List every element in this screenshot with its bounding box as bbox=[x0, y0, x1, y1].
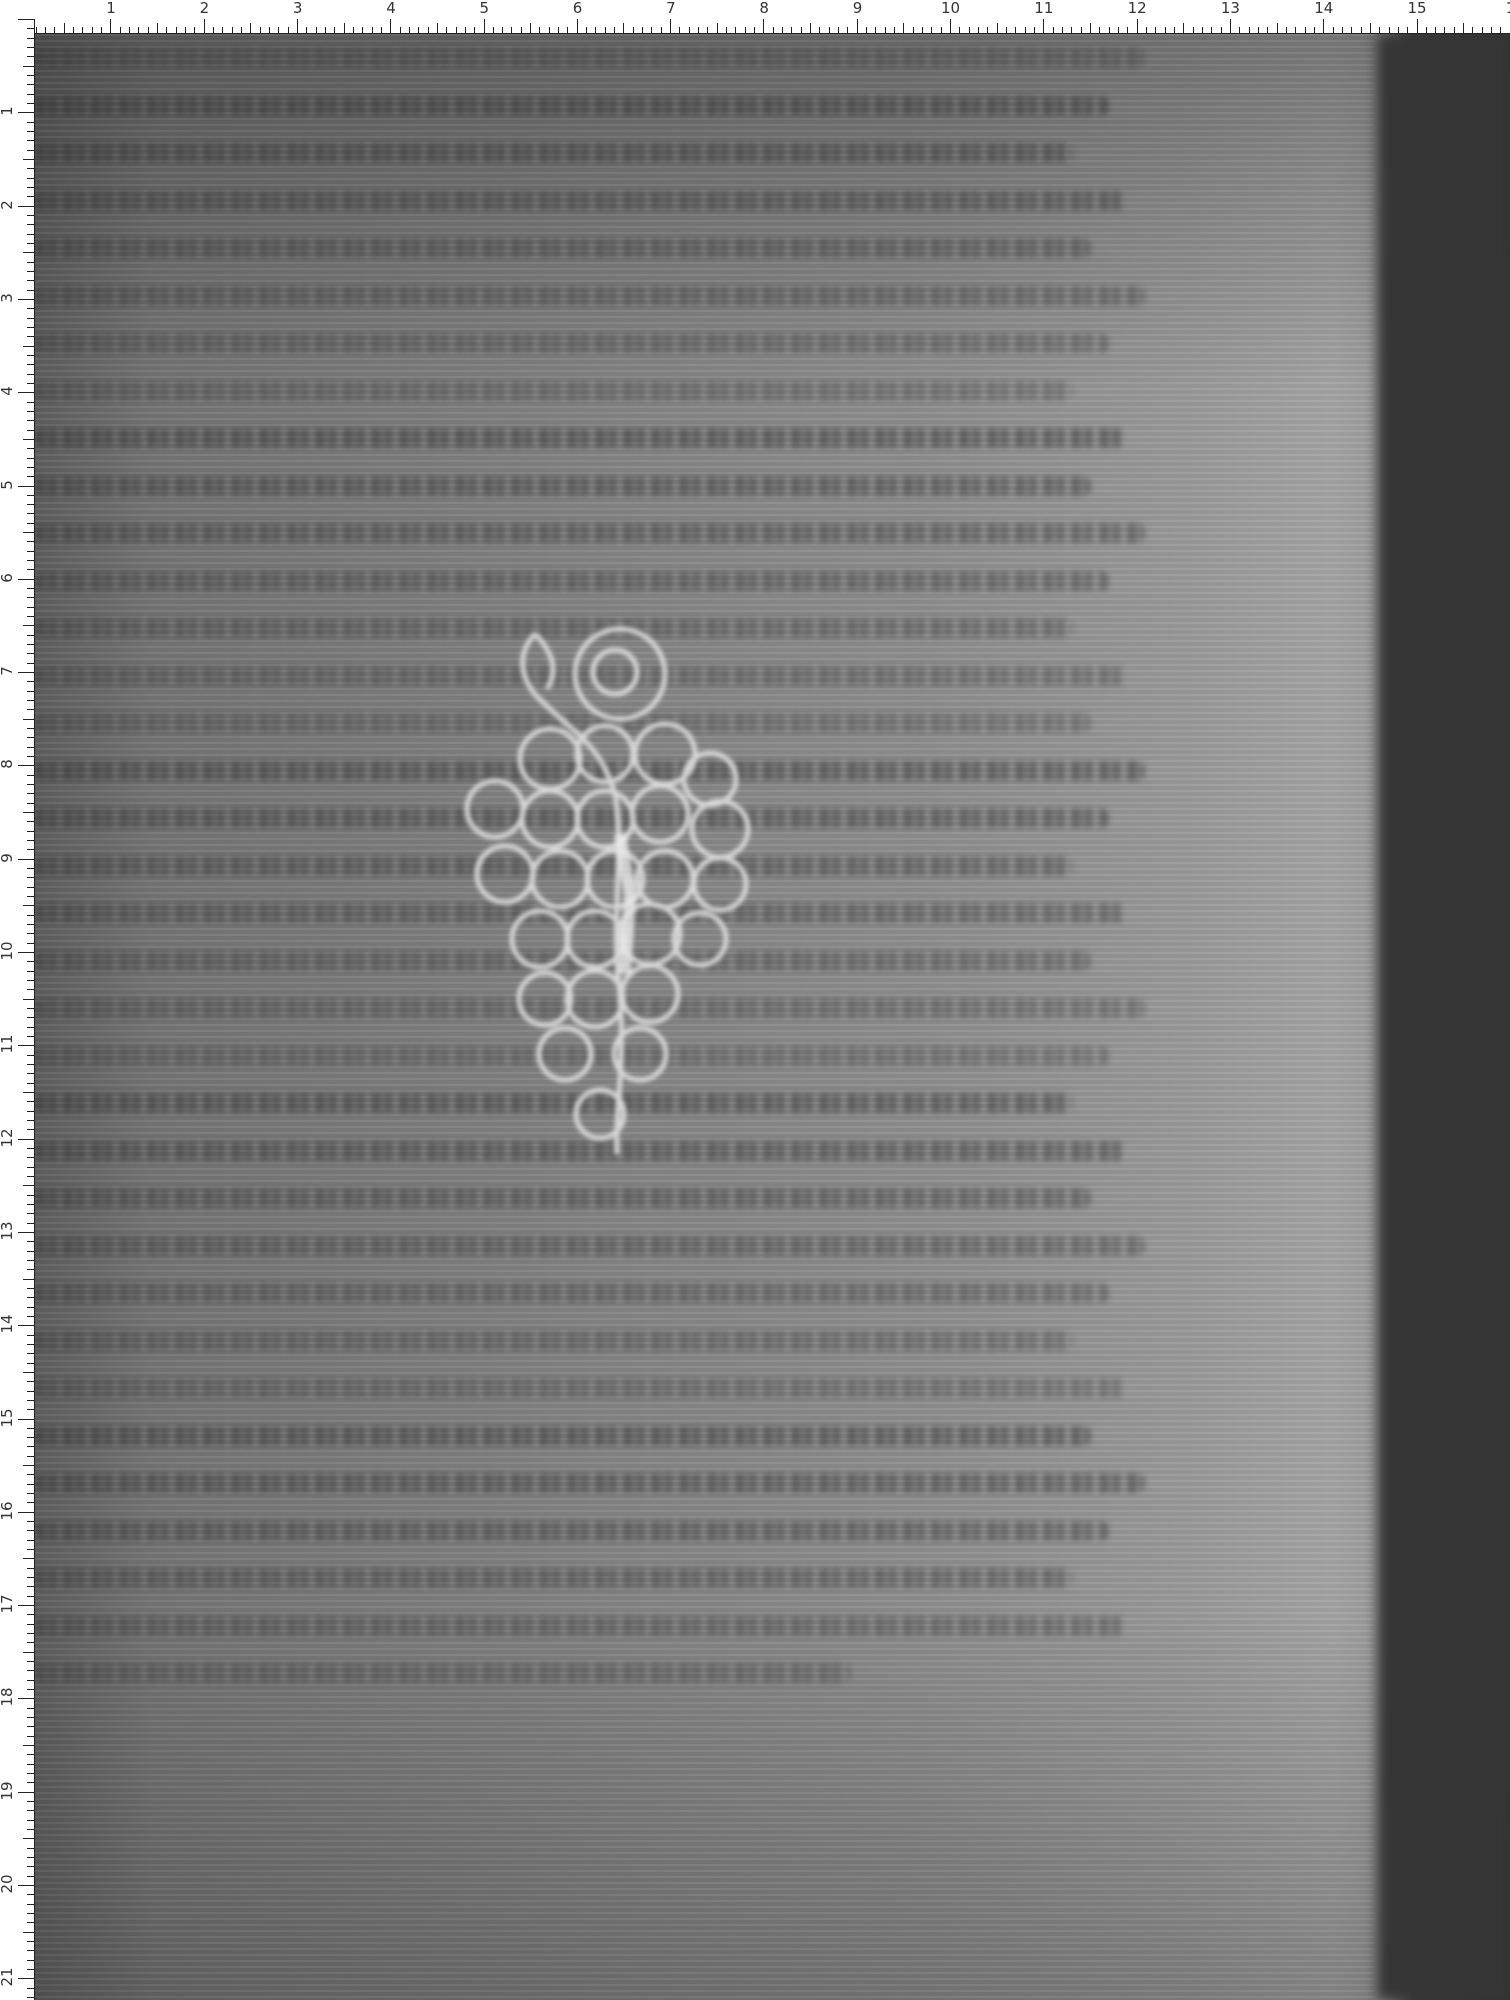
ruler-tick bbox=[138, 27, 139, 33]
ruler-tick bbox=[941, 27, 942, 33]
ruler-label: 14 bbox=[0, 1312, 16, 1336]
ruler-tick bbox=[1081, 27, 1082, 33]
ruler-tick bbox=[27, 1381, 34, 1382]
ruler-tick bbox=[27, 430, 34, 431]
ruler-tick bbox=[54, 27, 55, 33]
grape-bunch-illustration bbox=[435, 594, 795, 1194]
ruler-tick bbox=[27, 187, 34, 188]
ruler-tick bbox=[913, 27, 914, 33]
ruler-tick bbox=[27, 933, 34, 934]
ruler-tick bbox=[18, 1885, 34, 1886]
ruler-label: 13 bbox=[1221, 1, 1240, 16]
ruler-tick bbox=[27, 84, 34, 85]
ruler-tick bbox=[1165, 27, 1166, 33]
ruler-tick bbox=[409, 27, 410, 33]
ruler-tick bbox=[717, 23, 718, 33]
ruler-tick bbox=[27, 691, 34, 692]
ruler-tick bbox=[213, 27, 214, 33]
ruler-tick bbox=[27, 1754, 34, 1755]
text-line bbox=[35, 381, 1073, 401]
ruler-tick bbox=[23, 1372, 34, 1373]
ruler-tick bbox=[27, 728, 34, 729]
ruler-tick bbox=[27, 1195, 34, 1196]
ruler-tick bbox=[1146, 27, 1147, 33]
ruler-tick bbox=[1454, 27, 1455, 33]
ruler-tick bbox=[1202, 27, 1203, 33]
ruler-tick bbox=[27, 1521, 34, 1522]
ruler-tick bbox=[27, 1810, 34, 1811]
ruler-tick bbox=[782, 27, 783, 33]
ruler-tick bbox=[27, 1530, 34, 1531]
ruler-tick bbox=[903, 23, 904, 33]
ruler-tick bbox=[1295, 27, 1296, 33]
ruler-tick bbox=[1314, 27, 1315, 33]
ruler-label: 9 bbox=[0, 846, 16, 870]
ruler-tick bbox=[166, 27, 167, 33]
ruler-label: 7 bbox=[666, 1, 676, 16]
ruler-tick bbox=[27, 38, 34, 39]
ruler-tick bbox=[27, 1409, 34, 1410]
ruler-tick bbox=[400, 27, 401, 33]
ruler-tick bbox=[27, 541, 34, 542]
ruler-tick bbox=[110, 19, 111, 33]
text-line bbox=[35, 1616, 1127, 1636]
ruler-tick bbox=[651, 27, 652, 33]
ruler-tick bbox=[418, 27, 419, 33]
ruler-tick bbox=[27, 411, 34, 412]
ruler-tick bbox=[511, 27, 512, 33]
ruler-tick bbox=[27, 383, 34, 384]
ruler-tick bbox=[27, 1111, 34, 1112]
ruler-tick bbox=[27, 1857, 34, 1858]
ruler-tick bbox=[18, 299, 34, 300]
ruler-tick bbox=[27, 1120, 34, 1121]
ruler-tick bbox=[27, 635, 34, 636]
ruler-tick bbox=[27, 1363, 34, 1364]
ruler-tick bbox=[27, 1680, 34, 1681]
ruler-tick bbox=[1277, 23, 1278, 33]
ruler-tick bbox=[23, 66, 34, 67]
ruler-tick bbox=[27, 961, 34, 962]
ruler-tick bbox=[1491, 27, 1492, 33]
ruler-tick bbox=[27, 364, 34, 365]
ruler-tick bbox=[27, 1316, 34, 1317]
ruler-tick bbox=[27, 271, 34, 272]
ruler-tick bbox=[1323, 19, 1324, 33]
ruler-tick bbox=[605, 27, 606, 33]
ruler-tick bbox=[27, 1670, 34, 1671]
ruler-tick bbox=[344, 23, 345, 33]
ruler-tick bbox=[316, 27, 317, 33]
ruler-tick bbox=[27, 243, 34, 244]
ruler-label: 9 bbox=[853, 1, 863, 16]
ruler-tick bbox=[353, 27, 354, 33]
ruler-tick bbox=[23, 252, 34, 253]
ruler-tick bbox=[735, 27, 736, 33]
ruler-tick bbox=[959, 27, 960, 33]
ruler-tick bbox=[1305, 27, 1306, 33]
ruler-tick bbox=[27, 140, 34, 141]
ruler-tick bbox=[27, 1717, 34, 1718]
ruler-tick bbox=[27, 1596, 34, 1597]
text-line bbox=[35, 238, 1091, 258]
ruler-tick bbox=[27, 355, 34, 356]
ruler-tick bbox=[27, 1400, 34, 1401]
ruler-tick bbox=[27, 1726, 34, 1727]
ruler-tick bbox=[64, 23, 65, 33]
ruler-tick bbox=[27, 943, 34, 944]
ruler-tick bbox=[194, 27, 195, 33]
scan-background bbox=[1377, 34, 1510, 2000]
ruler-tick bbox=[334, 27, 335, 33]
ruler-tick bbox=[82, 27, 83, 33]
ruler-tick bbox=[27, 1456, 34, 1457]
ruler-tick bbox=[18, 1605, 34, 1606]
ruler-tick bbox=[1379, 27, 1380, 33]
ruler-tick bbox=[18, 1792, 34, 1793]
ruler-tick bbox=[27, 849, 34, 850]
ruler-tick bbox=[27, 1344, 34, 1345]
ruler-tick bbox=[27, 1540, 34, 1541]
ruler-tick bbox=[456, 27, 457, 33]
ruler-tick bbox=[232, 27, 233, 33]
ruler-tick bbox=[27, 747, 34, 748]
ruler-tick bbox=[1482, 27, 1483, 33]
ruler-tick bbox=[577, 19, 578, 33]
ruler-label: 20 bbox=[0, 1872, 16, 1896]
ruler-tick bbox=[27, 1036, 34, 1037]
ruler-tick bbox=[23, 1838, 34, 1839]
ruler-label: 5 bbox=[0, 473, 16, 497]
ruler-tick bbox=[810, 23, 811, 33]
ruler-tick bbox=[222, 27, 223, 33]
ruler-tick bbox=[27, 1708, 34, 1709]
ruler-tick bbox=[250, 23, 251, 33]
ruler-tick bbox=[27, 1866, 34, 1867]
ruler-tick bbox=[27, 980, 34, 981]
ruler-tick bbox=[27, 831, 34, 832]
ruler-label: 17 bbox=[0, 1592, 16, 1616]
ruler-tick bbox=[27, 1997, 34, 1998]
ruler-label: 11 bbox=[1034, 1, 1053, 16]
ruler-tick bbox=[1463, 23, 1464, 33]
text-line bbox=[35, 1236, 1145, 1256]
ruler-tick bbox=[969, 27, 970, 33]
ruler-tick bbox=[27, 1083, 34, 1084]
ruler-tick bbox=[670, 19, 671, 33]
ruler-tick bbox=[27, 551, 34, 552]
ruler-tick bbox=[27, 803, 34, 804]
ruler-tick bbox=[18, 952, 34, 953]
ruler-tick bbox=[27, 94, 34, 95]
ruler-tick bbox=[27, 700, 34, 701]
ruler-tick bbox=[1062, 27, 1063, 33]
ruler-tick bbox=[23, 1745, 34, 1746]
ruler-tick bbox=[1472, 27, 1473, 33]
ruler-tick bbox=[446, 27, 447, 33]
ruler-tick bbox=[27, 336, 34, 337]
ruler-tick bbox=[27, 588, 34, 589]
ruler-tick bbox=[773, 27, 774, 33]
ruler-tick bbox=[27, 1027, 34, 1028]
ruler-tick bbox=[27, 168, 34, 169]
ruler-tick bbox=[92, 27, 93, 33]
ruler-tick bbox=[27, 28, 34, 29]
ruler-tick bbox=[1034, 27, 1035, 33]
ruler-tick bbox=[27, 178, 34, 179]
ruler-tick bbox=[27, 560, 34, 561]
ruler-tick bbox=[18, 112, 34, 113]
ruler-tick bbox=[129, 27, 130, 33]
ruler-tick bbox=[847, 27, 848, 33]
ruler-tick bbox=[27, 1922, 34, 1923]
ruler-tick bbox=[1342, 27, 1343, 33]
ruler-tick bbox=[27, 1437, 34, 1438]
ruler-tick bbox=[1193, 27, 1194, 33]
text-line bbox=[35, 96, 1109, 116]
ruler-label: 10 bbox=[0, 939, 16, 963]
ruler-tick bbox=[595, 27, 596, 33]
ruler-tick bbox=[23, 439, 34, 440]
ruler-tick bbox=[27, 308, 34, 309]
ruler-tick bbox=[27, 1213, 34, 1214]
ruler-tick bbox=[27, 644, 34, 645]
ruler-tick bbox=[27, 374, 34, 375]
ruler-tick bbox=[1155, 27, 1156, 33]
ruler-tick bbox=[27, 523, 34, 524]
ruler-label: 8 bbox=[0, 752, 16, 776]
ruler-tick bbox=[27, 318, 34, 319]
top-ruler: 01234567891011121314151 bbox=[0, 0, 1510, 34]
ruler-tick bbox=[27, 122, 34, 123]
ruler-tick bbox=[586, 27, 587, 33]
ruler-tick bbox=[530, 23, 531, 33]
ruler-tick bbox=[27, 56, 34, 57]
ruler-tick bbox=[27, 663, 34, 664]
ruler-tick bbox=[27, 1176, 34, 1177]
ruler-tick bbox=[23, 812, 34, 813]
ruler-tick bbox=[931, 27, 932, 33]
ruler-tick bbox=[18, 672, 34, 673]
ruler-tick bbox=[27, 1241, 34, 1242]
ruler-tick bbox=[27, 420, 34, 421]
ruler-tick bbox=[325, 27, 326, 33]
ruler-tick bbox=[27, 1446, 34, 1447]
ruler-tick bbox=[23, 719, 34, 720]
ruler-label: 15 bbox=[0, 1406, 16, 1430]
ruler-label: 2 bbox=[200, 1, 210, 16]
ruler-tick bbox=[27, 1960, 34, 1961]
ruler-tick bbox=[176, 27, 177, 33]
ruler-tick bbox=[689, 27, 690, 33]
ruler-tick bbox=[27, 915, 34, 916]
ruler-tick bbox=[27, 1614, 34, 1615]
ruler-label: 7 bbox=[0, 659, 16, 683]
ruler-tick bbox=[23, 1185, 34, 1186]
ruler-tick bbox=[18, 1139, 34, 1140]
ruler-tick bbox=[27, 1988, 34, 1989]
ruler-tick bbox=[27, 569, 34, 570]
ruler-tick bbox=[1361, 27, 1362, 33]
ruler-label: 18 bbox=[0, 1685, 16, 1709]
ruler-tick bbox=[502, 27, 503, 33]
ruler-tick bbox=[18, 1698, 34, 1699]
ruler-tick bbox=[1333, 27, 1334, 33]
ruler-tick bbox=[27, 1101, 34, 1102]
ruler-tick bbox=[27, 1157, 34, 1158]
ruler-tick bbox=[27, 1167, 34, 1168]
ruler-tick bbox=[27, 1894, 34, 1895]
ruler-tick bbox=[23, 1558, 34, 1559]
ruler-tick bbox=[27, 1008, 34, 1009]
ruler-tick bbox=[27, 1820, 34, 1821]
ruler-tick bbox=[1099, 27, 1100, 33]
ruler-tick bbox=[372, 27, 373, 33]
ruler-tick bbox=[36, 27, 37, 33]
ruler-tick bbox=[27, 1642, 34, 1643]
ruler-label: 15 bbox=[1408, 1, 1427, 16]
ruler-tick bbox=[1258, 27, 1259, 33]
ruler-tick bbox=[204, 19, 205, 33]
ruler-tick bbox=[185, 27, 186, 33]
ruler-tick bbox=[27, 1288, 34, 1289]
ruler-tick bbox=[27, 1586, 34, 1587]
ruler-tick bbox=[465, 27, 466, 33]
manuscript-scan bbox=[35, 34, 1510, 2000]
ruler-tick bbox=[27, 1391, 34, 1392]
ruler-tick bbox=[950, 19, 951, 33]
ruler-tick bbox=[1417, 19, 1418, 33]
ruler-tick bbox=[27, 262, 34, 263]
ruler-tick bbox=[23, 1279, 34, 1280]
ruler-tick bbox=[27, 989, 34, 990]
ruler-tick bbox=[1071, 27, 1072, 33]
text-line bbox=[35, 1426, 1091, 1446]
ruler-tick bbox=[1389, 27, 1390, 33]
ruler-tick bbox=[987, 27, 988, 33]
ruler-label: 6 bbox=[0, 566, 16, 590]
ruler-tick bbox=[819, 27, 820, 33]
ruler-tick bbox=[978, 27, 979, 33]
ruler-tick bbox=[1006, 27, 1007, 33]
text-line bbox=[35, 428, 1127, 448]
ruler-tick bbox=[1127, 27, 1128, 33]
ruler-tick bbox=[260, 27, 261, 33]
ruler-tick bbox=[27, 1204, 34, 1205]
ruler-tick bbox=[27, 467, 34, 468]
ruler-tick bbox=[27, 1251, 34, 1252]
ruler-tick bbox=[18, 206, 34, 207]
ruler-tick bbox=[1183, 23, 1184, 33]
ruler-tick bbox=[1426, 27, 1427, 33]
ruler-tick bbox=[484, 19, 485, 33]
text-line bbox=[35, 523, 1145, 543]
ruler-tick bbox=[23, 999, 34, 1000]
ruler-tick bbox=[27, 1055, 34, 1056]
ruler-tick bbox=[1118, 27, 1119, 33]
ruler-tick bbox=[1239, 27, 1240, 33]
ruler-tick bbox=[27, 1148, 34, 1149]
ruler-tick bbox=[726, 27, 727, 33]
ruler-tick bbox=[1137, 19, 1138, 33]
text-line bbox=[35, 143, 1073, 163]
ruler-tick bbox=[27, 1773, 34, 1774]
ruler-tick bbox=[1109, 27, 1110, 33]
ruler-tick bbox=[642, 27, 643, 33]
ruler-tick bbox=[18, 1512, 34, 1513]
ruler-tick bbox=[698, 27, 699, 33]
ruler-tick bbox=[241, 27, 242, 33]
ruler-tick bbox=[18, 859, 34, 860]
ruler-label: 19 bbox=[0, 1779, 16, 1803]
ruler-tick bbox=[27, 784, 34, 785]
ruler-tick bbox=[707, 27, 708, 33]
ruler-label: 8 bbox=[759, 1, 769, 16]
ruler-tick bbox=[23, 346, 34, 347]
ruler-tick bbox=[27, 1502, 34, 1503]
ruler-tick bbox=[27, 1904, 34, 1905]
ruler-tick bbox=[27, 681, 34, 682]
ruler-tick bbox=[27, 1801, 34, 1802]
text-line bbox=[35, 48, 1145, 68]
ruler-tick bbox=[27, 1689, 34, 1690]
ruler-tick bbox=[1435, 27, 1436, 33]
ruler-tick bbox=[1249, 27, 1250, 33]
ruler-tick bbox=[1286, 27, 1287, 33]
ruler-tick bbox=[27, 709, 34, 710]
text-line bbox=[35, 1568, 1073, 1588]
ruler-tick bbox=[18, 1419, 34, 1420]
ruler-tick bbox=[1043, 19, 1044, 33]
text-line bbox=[35, 333, 1109, 353]
ruler-tick bbox=[269, 27, 270, 33]
ruler-tick bbox=[1211, 27, 1212, 33]
ruler-tick bbox=[381, 27, 382, 33]
ruler-tick bbox=[27, 280, 34, 281]
ruler-tick bbox=[27, 737, 34, 738]
ruler-label: 4 bbox=[386, 1, 396, 16]
ruler-tick bbox=[18, 1232, 34, 1233]
ruler-label: 13 bbox=[0, 1219, 16, 1243]
ruler-tick bbox=[428, 27, 429, 33]
ruler-tick bbox=[27, 1260, 34, 1261]
ruler-tick bbox=[120, 27, 121, 33]
ruler-tick bbox=[27, 1577, 34, 1578]
ruler-label: 4 bbox=[0, 379, 16, 403]
ruler-tick bbox=[791, 27, 792, 33]
ruler-tick bbox=[27, 402, 34, 403]
text-line bbox=[35, 286, 1145, 306]
ruler-tick bbox=[539, 27, 540, 33]
ruler-label: 10 bbox=[941, 1, 960, 16]
ruler-tick bbox=[27, 448, 34, 449]
ruler-tick bbox=[297, 19, 298, 33]
ruler-tick bbox=[474, 27, 475, 33]
ruler-tick bbox=[27, 290, 34, 291]
ruler-label: 12 bbox=[1128, 1, 1147, 16]
ruler-tick bbox=[27, 775, 34, 776]
ruler-tick bbox=[27, 1950, 34, 1951]
ruler-tick bbox=[27, 1848, 34, 1849]
ruler-tick bbox=[27, 1353, 34, 1354]
ruler-tick bbox=[801, 27, 802, 33]
ruler-tick bbox=[27, 476, 34, 477]
ruler-tick bbox=[27, 1428, 34, 1429]
ruler-tick bbox=[614, 27, 615, 33]
ruler-label: 16 bbox=[0, 1499, 16, 1523]
ruler-tick bbox=[549, 27, 550, 33]
ruler-label: 14 bbox=[1314, 1, 1333, 16]
